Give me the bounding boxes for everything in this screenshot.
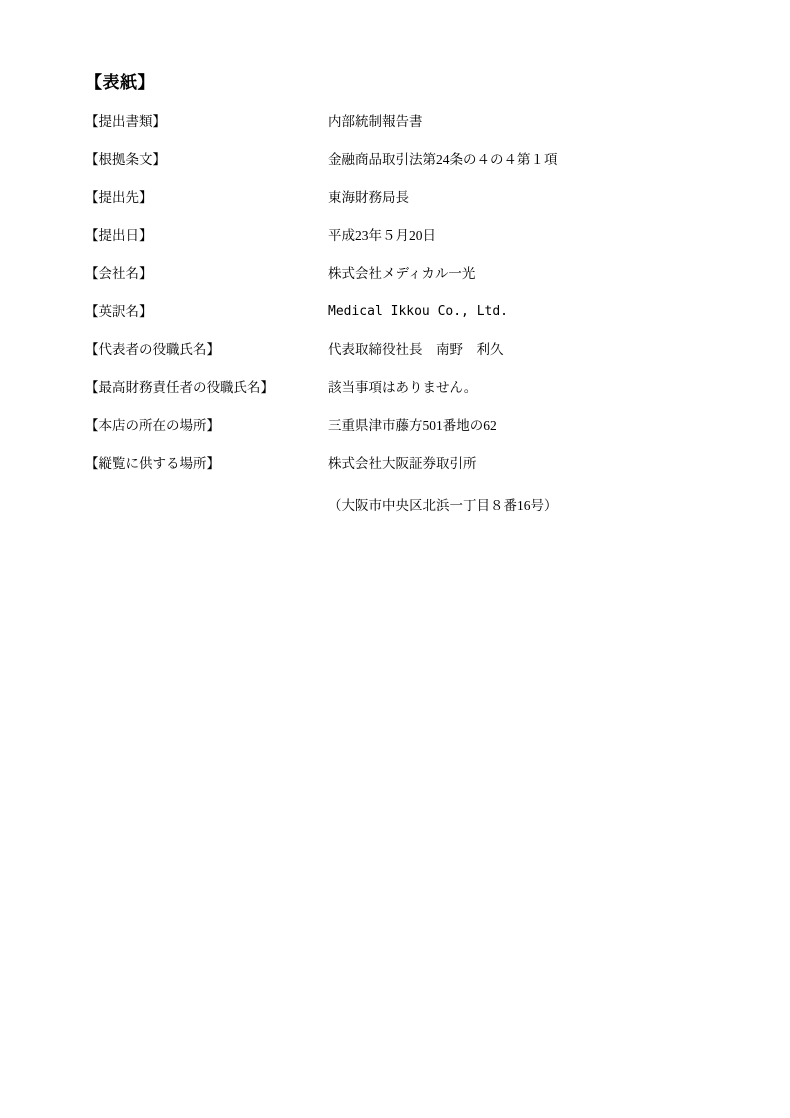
- field-value: 東海財務局長: [328, 189, 760, 207]
- field-row-public-inspection-place: 【縦覧に供する場所】 株式会社大阪証券取引所: [85, 445, 760, 483]
- field-label: 【会社名】: [85, 265, 328, 283]
- field-label: 【提出日】: [85, 227, 328, 245]
- field-value: 株式会社大阪証券取引所: [328, 455, 760, 473]
- field-label: 【根拠条文】: [85, 151, 328, 169]
- field-row-representative: 【代表者の役職氏名】 代表取締役社長 南野 利久: [85, 331, 760, 369]
- field-value: 代表取締役社長 南野 利久: [328, 341, 760, 359]
- field-label: 【提出書類】: [85, 113, 328, 131]
- field-label: 【縦覧に供する場所】: [85, 455, 328, 473]
- field-row-public-inspection-address: （大阪市中央区北浜一丁目８番16号）: [85, 487, 760, 525]
- field-row-company-name: 【会社名】 株式会社メディカル一光: [85, 255, 760, 293]
- document-page: 【表紙】 【提出書類】 内部統制報告書 【根拠条文】 金融商品取引法第24条の４…: [0, 0, 790, 1118]
- field-label: 【代表者の役職氏名】: [85, 341, 328, 359]
- field-value: Medical Ikkou Co., Ltd.: [328, 303, 760, 321]
- field-row-submitted-to: 【提出先】 東海財務局長: [85, 179, 760, 217]
- field-label: 【本店の所在の場所】: [85, 417, 328, 435]
- field-row-english-name: 【英訳名】 Medical Ikkou Co., Ltd.: [85, 293, 760, 331]
- field-row-cfo: 【最高財務責任者の役職氏名】 該当事項はありません。: [85, 369, 760, 407]
- field-row-head-office: 【本店の所在の場所】 三重県津市藤方501番地の62: [85, 407, 760, 445]
- field-value: 平成23年５月20日: [328, 227, 760, 245]
- field-label: 【英訳名】: [85, 303, 328, 321]
- field-value: 該当事項はありません。: [328, 379, 760, 397]
- field-label: 【最高財務責任者の役職氏名】: [85, 379, 328, 397]
- field-value: 内部統制報告書: [328, 113, 760, 131]
- field-label: 【提出先】: [85, 189, 328, 207]
- cover-fields: 【提出書類】 内部統制報告書 【根拠条文】 金融商品取引法第24条の４の４第１項…: [85, 103, 760, 525]
- field-value: 三重県津市藤方501番地の62: [328, 417, 760, 435]
- field-value: （大阪市中央区北浜一丁目８番16号）: [328, 497, 760, 515]
- field-row-submission-date: 【提出日】 平成23年５月20日: [85, 217, 760, 255]
- field-row-submitted-document: 【提出書類】 内部統制報告書: [85, 103, 760, 141]
- field-value: 株式会社メディカル一光: [328, 265, 760, 283]
- field-row-legal-basis: 【根拠条文】 金融商品取引法第24条の４の４第１項: [85, 141, 760, 179]
- cover-heading: 【表紙】: [85, 70, 155, 96]
- field-value: 金融商品取引法第24条の４の４第１項: [328, 151, 760, 169]
